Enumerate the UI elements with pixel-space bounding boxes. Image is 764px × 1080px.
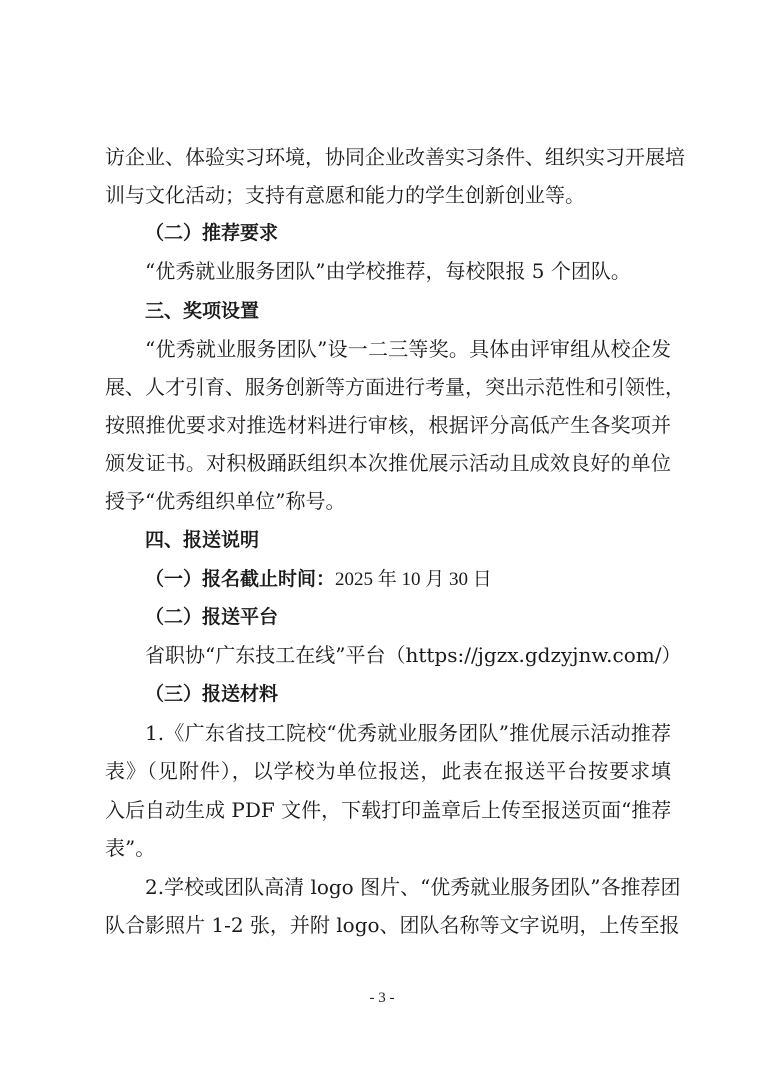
paragraph-line: 展、人才引育、服务创新等方面进行考量，突出示范性和引领性，	[105, 368, 671, 406]
paragraph-line: “优秀就业服务团队”由学校推荐，每校限报 5 个团队。	[145, 252, 671, 290]
section-heading-platform: （二）报送平台	[145, 598, 671, 636]
paragraph-line: 入后自动生成 PDF 文件，下载打印盖章后上传至报送页面“推荐	[105, 791, 671, 829]
section-heading-awards: 三、奖项设置	[145, 292, 671, 330]
paragraph-line: 表》（见附件），以学校为单位报送，此表在报送平台按要求填	[105, 752, 671, 790]
section-heading-submission: 四、报送说明	[145, 521, 671, 559]
paragraph-line: 颁发证书。对积极踊跃组织本次推优展示活动且成效良好的单位	[105, 444, 671, 482]
paragraph-line: 授予“优秀组织单位”称号。	[105, 482, 671, 520]
paragraph-line: 2.学校或团队高清 logo 图片、“优秀就业服务团队”各推荐团	[145, 868, 671, 906]
paragraph-line: 1.《广东省技工院校“优秀就业服务团队”推优展示活动推荐	[145, 714, 671, 752]
deadline-value: 2025 年 10 月 30 日	[335, 569, 492, 590]
platform-url-line: 省职协“广东技工在线”平台（https://jgzx.gdzyjnw.com/）	[145, 636, 671, 674]
paragraph-line: 按照推优要求对推选材料进行审核，根据评分高低产生各奖项并	[105, 406, 671, 444]
deadline-label: （一）报名截止时间：	[145, 568, 335, 590]
document-page: 访企业、体验实习环境，协同企业改善实习条件、组织实习开展培 训与文化活动；支持有…	[0, 0, 764, 1080]
paragraph-line: “优秀就业服务团队”设一二三等奖。具体由评审组从校企发	[145, 330, 671, 368]
paragraph-line: 训与文化活动；支持有意愿和能力的学生创新创业等。	[105, 176, 671, 214]
deadline-line: （一）报名截止时间：2025 年 10 月 30 日	[145, 560, 671, 598]
paragraph-line: 表”。	[105, 829, 671, 867]
paragraph-line: 队合影照片 1-2 张，并附 logo、团队名称等文字说明，上传至报	[105, 906, 671, 944]
section-heading-recommend-requirements: （二）推荐要求	[145, 214, 671, 252]
section-heading-materials: （三）报送材料	[145, 675, 671, 713]
paragraph-line: 访企业、体验实习环境，协同企业改善实习条件、组织实习开展培	[105, 138, 671, 176]
page-number: - 3 -	[0, 990, 764, 1007]
